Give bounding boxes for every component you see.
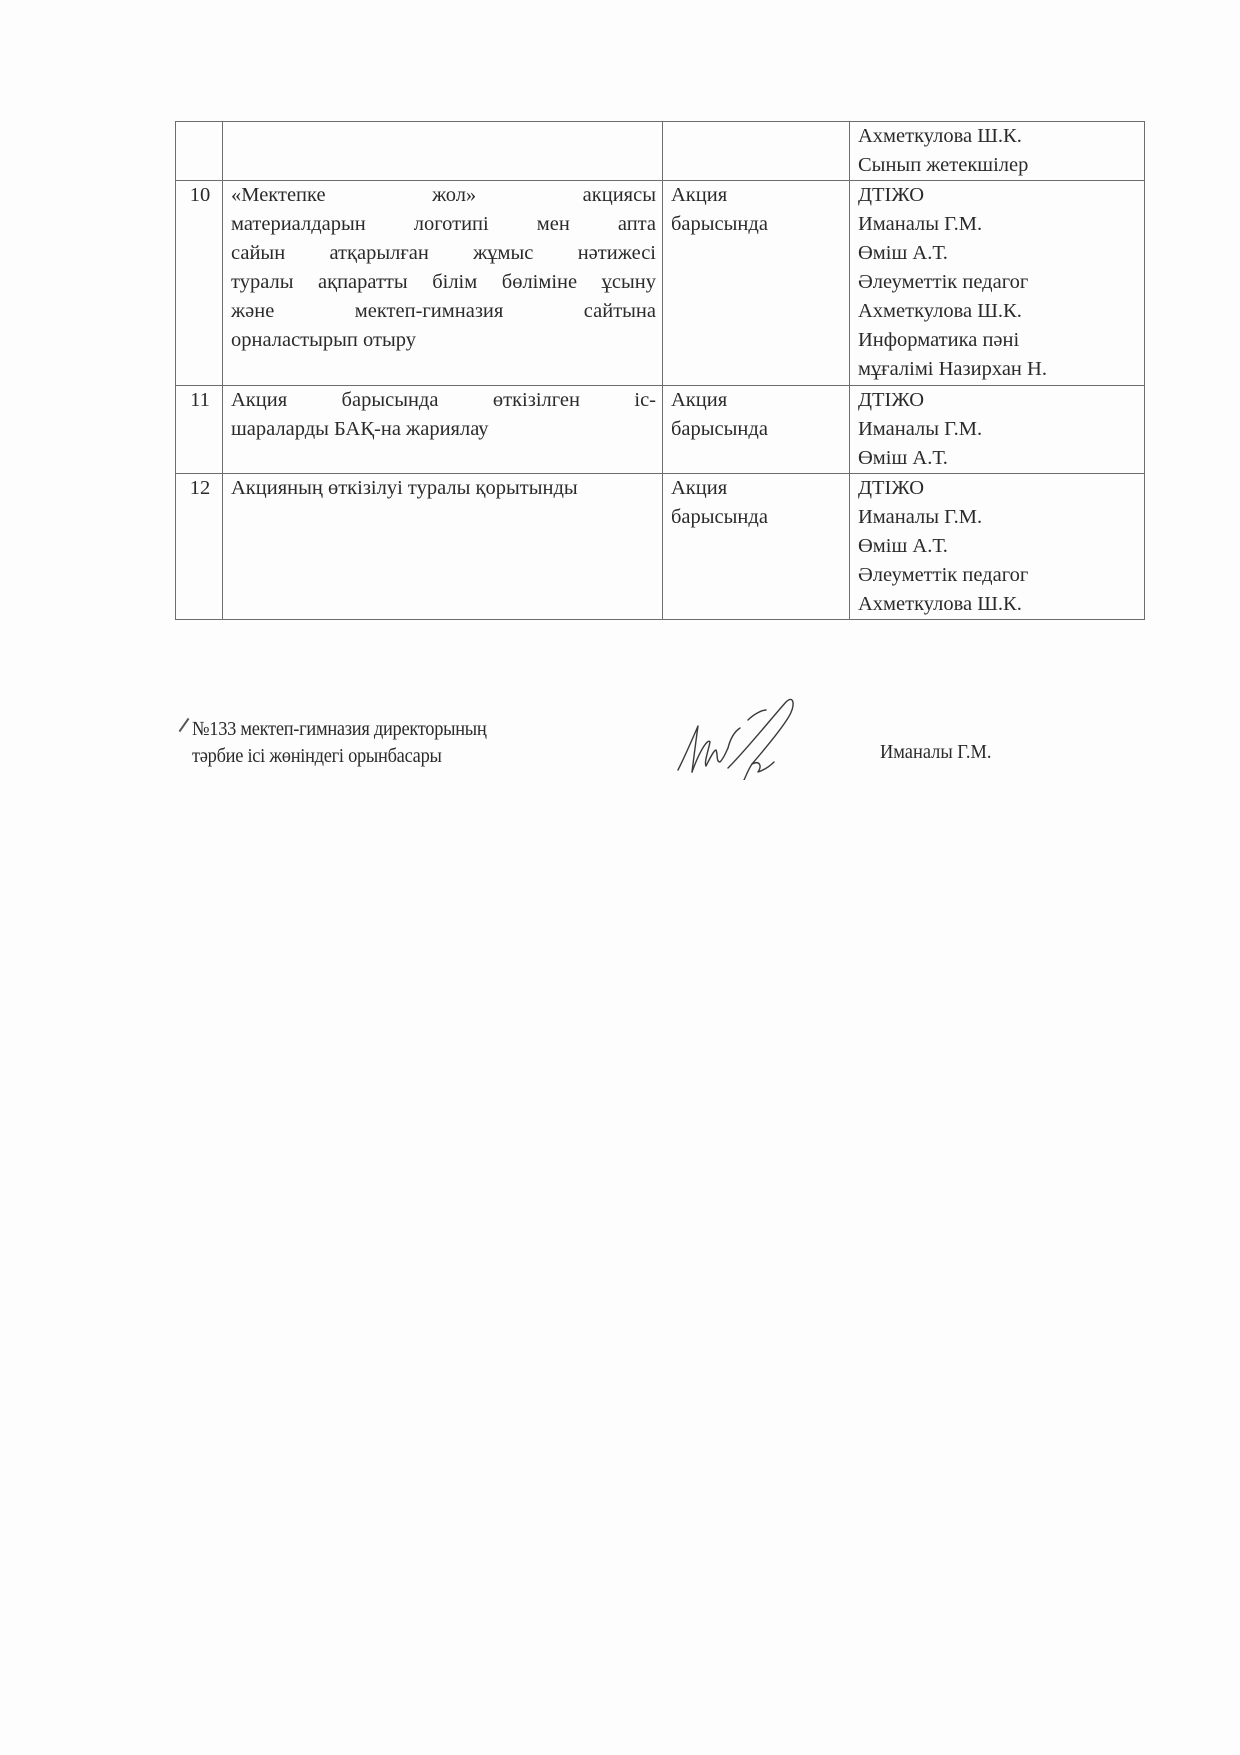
responsible-line: ДТІЖО xyxy=(858,386,1138,415)
responsible-line: Ахметкулова Ш.К. xyxy=(858,590,1138,619)
responsible-line: Өміш А.Т. xyxy=(858,532,1138,561)
table-row: 11Акция барысында өткізілген іс-шаралард… xyxy=(176,386,1145,474)
responsible-line: Иманалы Г.М. xyxy=(858,415,1138,444)
responsible-cell: Ахметкулова Ш.К.Сынып жетекшілер xyxy=(850,122,1145,181)
responsible-line: Иманалы Г.М. xyxy=(858,210,1138,239)
responsible-line: ДТІЖО xyxy=(858,474,1138,503)
deadline-line: барысында xyxy=(671,415,843,444)
pen-tick-mark xyxy=(179,718,190,732)
table-row: 12Акцияның өткізілуі туралы қорытындыАкц… xyxy=(176,474,1145,620)
activity-cell: Акция барысында өткізілген іс-шараларды … xyxy=(223,386,663,474)
activity-cell xyxy=(223,122,663,181)
table-row: Ахметкулова Ш.К.Сынып жетекшілер xyxy=(176,122,1145,181)
responsible-line: ДТІЖО xyxy=(858,181,1138,210)
deadline-cell: Акциябарысында xyxy=(663,386,850,474)
signer-position-line-1: №133 мектеп-гимназия директорының xyxy=(192,716,486,743)
signature-icon xyxy=(670,680,815,780)
responsible-line: Иманалы Г.М. xyxy=(858,503,1138,532)
action-plan-table: Ахметкулова Ш.К.Сынып жетекшілер10«Мекте… xyxy=(175,121,1145,620)
deadline-line: Акция xyxy=(671,474,843,503)
activity-line: және мектеп-гимназия сайтына xyxy=(231,297,656,326)
activity-line: «Мектепке жол» акциясы xyxy=(231,181,656,210)
row-number: 12 xyxy=(176,474,223,620)
activity-cell: Акцияның өткізілуі туралы қорытынды xyxy=(223,474,663,620)
activity-line: Акцияның өткізілуі туралы қорытынды xyxy=(231,474,656,503)
deadline-line: барысында xyxy=(671,503,843,532)
activity-cell: «Мектепке жол» акциясыматериалдарын лого… xyxy=(223,181,663,386)
responsible-line: Ахметкулова Ш.К. xyxy=(858,297,1138,326)
responsible-line: Өміш А.Т. xyxy=(858,239,1138,268)
activity-line: орналастырып отыру xyxy=(231,326,656,355)
deadline-cell: Акциябарысында xyxy=(663,181,850,386)
activity-line: Акция барысында өткізілген іс- xyxy=(231,386,656,415)
responsible-line: Әлеуметтік педагог xyxy=(858,268,1138,297)
deadline-line: Акция xyxy=(671,181,843,210)
signer-name: Иманалы Г.М. xyxy=(880,741,991,764)
row-number xyxy=(176,122,223,181)
deadline-cell: Акциябарысында xyxy=(663,474,850,620)
activity-line: сайын атқарылған жұмыс нәтижесі xyxy=(231,239,656,268)
deadline-cell xyxy=(663,122,850,181)
responsible-cell: ДТІЖОИманалы Г.М.Өміш А.Т. xyxy=(850,386,1145,474)
deadline-line: Акция xyxy=(671,386,843,415)
responsible-line: Әлеуметтік педагог xyxy=(858,561,1138,590)
activity-line: шараларды БАҚ-на жариялау xyxy=(231,415,656,444)
row-number: 10 xyxy=(176,181,223,386)
row-number: 11 xyxy=(176,386,223,474)
responsible-line: Сынып жетекшілер xyxy=(858,151,1138,180)
activity-line: туралы ақпаратты білім бөліміне ұсыну xyxy=(231,268,656,297)
responsible-line: Ахметкулова Ш.К. xyxy=(858,122,1138,151)
responsible-cell: ДТІЖОИманалы Г.М.Өміш А.Т.Әлеуметтік пед… xyxy=(850,181,1145,386)
document-page: Ахметкулова Ш.К.Сынып жетекшілер10«Мекте… xyxy=(0,0,1240,1755)
table-row: 10«Мектепке жол» акциясыматериалдарын ло… xyxy=(176,181,1145,386)
signer-position-line-2: тәрбие ісі жөніндегі орынбасары xyxy=(192,743,486,770)
responsible-line: Информатика пәні xyxy=(858,326,1138,355)
responsible-line: мұғалімі Назирхан Н. xyxy=(858,355,1138,384)
responsible-line: Өміш А.Т. xyxy=(858,444,1138,473)
activity-line: материалдарын логотипі мен апта xyxy=(231,210,656,239)
responsible-cell: ДТІЖОИманалы Г.М.Өміш А.Т.Әлеуметтік пед… xyxy=(850,474,1145,620)
deadline-line: барысында xyxy=(671,210,843,239)
signer-position: №133 мектеп-гимназия директорының тәрбие… xyxy=(192,716,486,770)
